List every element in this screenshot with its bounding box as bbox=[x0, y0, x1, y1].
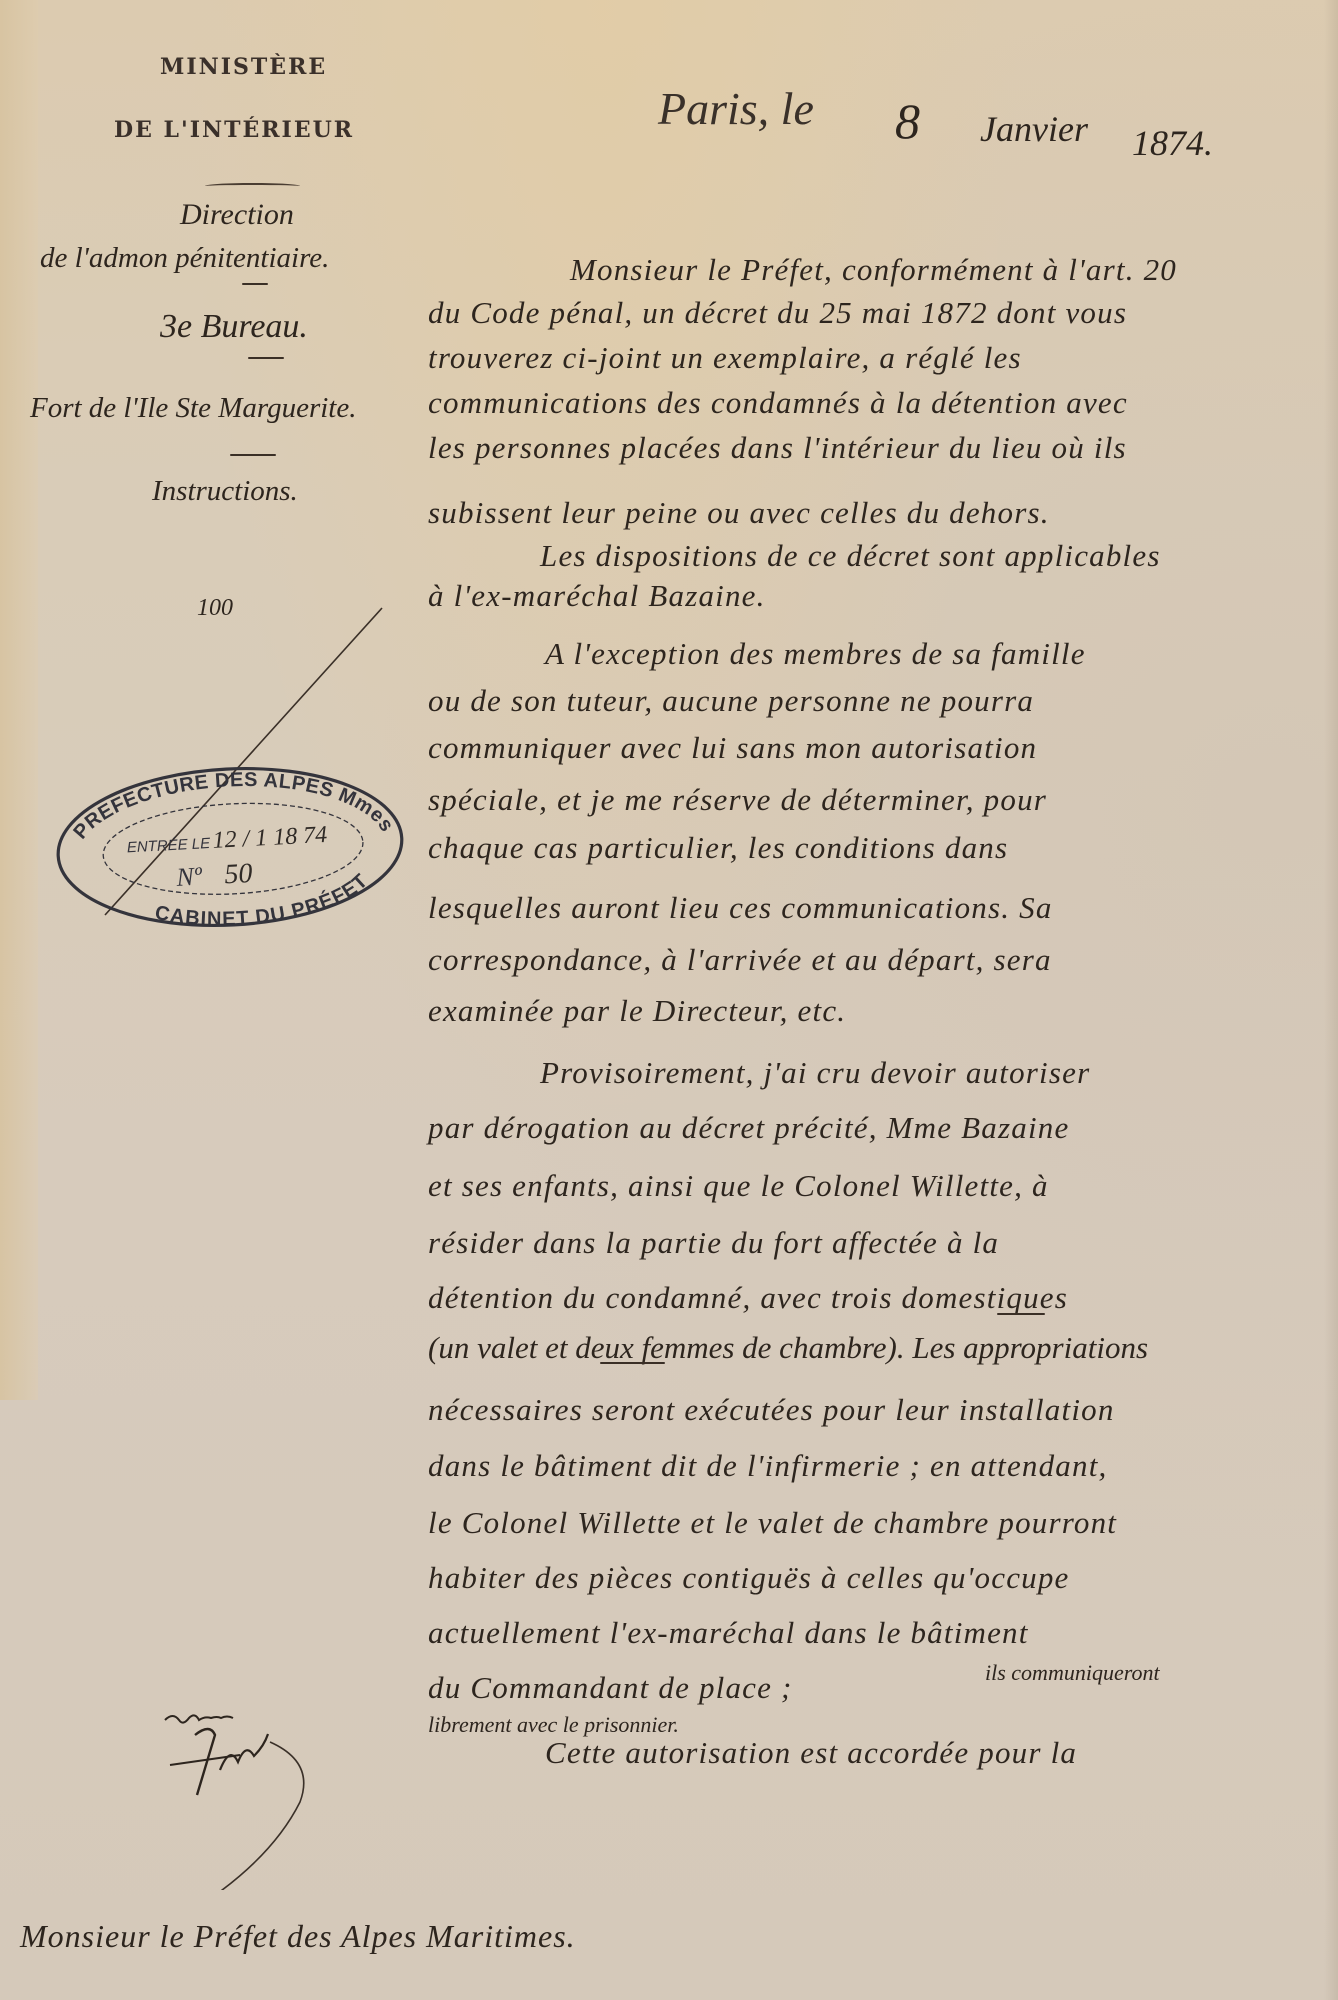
margin-bureau: 3e Bureau. bbox=[160, 308, 308, 346]
interlinear-addition-1: ils communiqueront bbox=[985, 1660, 1160, 1686]
letterhead-interieur: DE L'INTÉRIEUR bbox=[114, 117, 354, 143]
body-line: trouverez ci-joint un exemplaire, a régl… bbox=[428, 340, 1022, 376]
body-line: le Colonel Willette et le valet de chamb… bbox=[428, 1505, 1117, 1541]
signature-paraphe bbox=[150, 1690, 340, 1890]
body-line: à l'ex-maréchal Bazaine. bbox=[428, 578, 766, 614]
paper-left-edge bbox=[0, 0, 38, 1400]
dateline-place: Paris, le bbox=[658, 82, 814, 135]
letterhead-ornament bbox=[205, 183, 300, 189]
body-line: spéciale, et je me réserve de déterminer… bbox=[428, 782, 1047, 818]
body-line: résider dans la partie du fort affectée … bbox=[428, 1225, 999, 1261]
body-line: par dérogation au décret précité, Mme Ba… bbox=[428, 1110, 1069, 1146]
body-line: ou de son tuteur, aucune personne ne pou… bbox=[428, 683, 1034, 719]
addressee-line: Monsieur le Préfet des Alpes Maritimes. bbox=[20, 1918, 576, 1955]
body-line: dans le bâtiment dit de l'infirmerie ; e… bbox=[428, 1448, 1107, 1484]
body-line: du Commandant de place ; bbox=[428, 1670, 793, 1706]
stamp-entry-date: 12 / 1 18 74 bbox=[212, 822, 328, 854]
underline-deux bbox=[600, 1362, 665, 1364]
body-line: nécessaires seront exécutées pour leur i… bbox=[428, 1392, 1115, 1428]
body-line: Les dispositions de ce décret sont appli… bbox=[540, 538, 1161, 574]
dateline-day: 8 bbox=[895, 92, 920, 150]
stamp-number: 50 bbox=[224, 858, 254, 890]
body-line: correspondance, à l'arrivée et au départ… bbox=[428, 942, 1052, 978]
margin-direction: Direction bbox=[180, 198, 294, 232]
body-line: et ses enfants, ainsi que le Colonel Wil… bbox=[428, 1168, 1049, 1204]
body-line: (un valet et deux femmes de chambre). Le… bbox=[428, 1330, 1148, 1366]
body-line: Monsieur le Préfet, conformément à l'art… bbox=[570, 252, 1177, 288]
margin-administration: de l'admon pénitentiaire. bbox=[40, 242, 329, 275]
body-final-line: Cette autorisation est accordée pour la bbox=[545, 1735, 1077, 1771]
body-line: détention du condamné, avec trois domest… bbox=[428, 1280, 1068, 1316]
body-line: communications des condamnés à la détent… bbox=[428, 385, 1128, 421]
margin-note-number: 100 bbox=[197, 595, 233, 622]
paper-right-edge bbox=[1324, 0, 1338, 2000]
dateline-month: Janvier bbox=[980, 108, 1088, 150]
body-line: lesquelles auront lieu ces communication… bbox=[428, 890, 1053, 926]
underline-trois bbox=[997, 1313, 1045, 1315]
body-line: subissent leur peine ou avec celles du d… bbox=[428, 495, 1050, 531]
margin-rule-2 bbox=[248, 357, 284, 359]
letterhead-ministere: MINISTÈRE bbox=[160, 54, 327, 80]
body-line: habiter des pièces contiguës à celles qu… bbox=[428, 1560, 1070, 1596]
body-line: actuellement l'ex-maréchal dans le bâtim… bbox=[428, 1615, 1029, 1651]
body-line: communiquer avec lui sans mon autorisati… bbox=[428, 730, 1037, 766]
stamp-entry-label: ENTRÉE LE bbox=[126, 835, 211, 856]
dateline-year: 1874. bbox=[1132, 122, 1213, 164]
body-line: A l'exception des membres de sa famille bbox=[545, 636, 1086, 672]
body-line: du Code pénal, un décret du 25 mai 1872 … bbox=[428, 295, 1127, 331]
stamp-number-label: Nº bbox=[175, 861, 204, 891]
body-line: les personnes placées dans l'intérieur d… bbox=[428, 430, 1127, 466]
body-line: Provisoirement, j'ai cru devoir autorise… bbox=[540, 1055, 1090, 1091]
prefecture-stamp: PREFECTURE DES ALPES Mmes CABINET DU PRÉ… bbox=[51, 756, 409, 939]
margin-rule-1 bbox=[242, 283, 268, 285]
margin-subject: Instructions. bbox=[152, 475, 298, 508]
body-line: examinée par le Directeur, etc. bbox=[428, 993, 846, 1029]
margin-location: Fort de l'Ile Ste Marguerite. bbox=[30, 392, 356, 425]
margin-rule-3 bbox=[230, 454, 276, 456]
body-line: chaque cas particulier, les conditions d… bbox=[428, 830, 1008, 866]
